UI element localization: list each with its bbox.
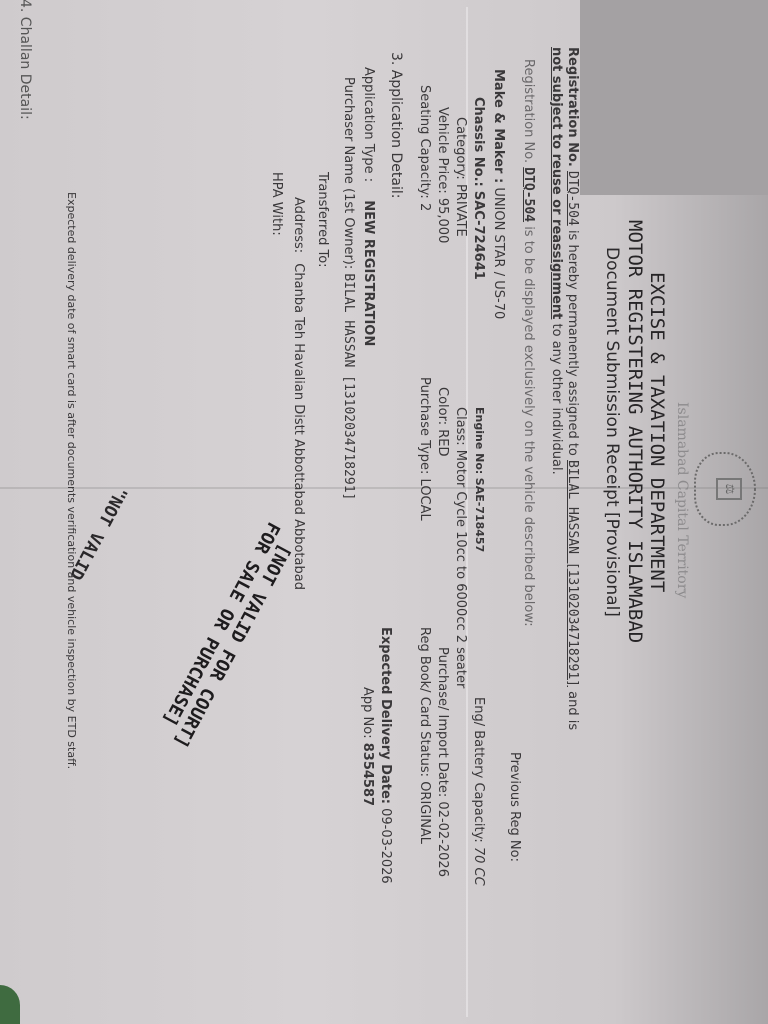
authority-title: MOTOR REGISTERING AUTHORITY ISLAMABAD bbox=[624, 220, 646, 643]
government-emblem-icon: ⚖ bbox=[694, 452, 756, 526]
not-valid-stamp: [NOT VALID FOR COURT] FOR SALE OR PURCHA… bbox=[152, 531, 294, 751]
category-field: Category: PRIVATE bbox=[453, 117, 468, 237]
application-section-title: 3. Application Detail: bbox=[388, 52, 404, 198]
registration-number: DTQ-504 bbox=[565, 171, 580, 226]
territory-label: Islamabad Capital Territory bbox=[674, 402, 690, 598]
display-notice: Registration No. DTQ-504 is to be displa… bbox=[521, 59, 536, 627]
make-field: Make & Maker : UNION STAR / US-70 bbox=[491, 69, 506, 319]
transferred-to-field: Transferred To: bbox=[315, 172, 330, 268]
purchaser-field: Purchaser Name (1st Owner): BILAL HASSAN… bbox=[341, 77, 356, 500]
previous-reg-field: Previous Reg No: bbox=[507, 752, 522, 862]
chassis-field: Chassis No.: SAC-724641 bbox=[471, 97, 486, 280]
receipt-document: ⚖ Islamabad Capital Territory EXCISE & T… bbox=[0, 7, 768, 1017]
reg-book-field: Reg Book/ Card Status: ORIGINAL bbox=[417, 627, 432, 844]
footer-note: Expected delivery date of smart card is … bbox=[65, 192, 78, 769]
app-no-field: App No: 8354587 bbox=[360, 687, 375, 806]
price-field: Vehicle Price: 95,000 bbox=[435, 107, 450, 243]
class-field: Class: Motor Cycle 10cc to 6000cc 2 seat… bbox=[453, 407, 468, 688]
seating-field: Seating Capacity: 2 bbox=[417, 85, 432, 211]
capacity-field: Eng/ Battery Capacity: 70 CC bbox=[471, 697, 486, 886]
receipt-title: Document Submission Receipt [Provisional… bbox=[602, 247, 622, 617]
color-field: Color: RED bbox=[435, 387, 450, 457]
assignment-statement: Registration No. DTQ-504 is hereby perma… bbox=[565, 47, 580, 730]
application-type-field: Application Type : NEW REGISTRATION bbox=[361, 67, 376, 346]
expected-delivery-field: Expected Delivery Date: 09-03-2026 bbox=[378, 627, 393, 884]
purchase-type-field: Purchase Type: LOCAL bbox=[417, 377, 432, 521]
assignment-statement-line2: not subject to reuse or reassignment to … bbox=[549, 47, 564, 475]
department-title: EXCISE & TAXATION DEPARTMENT bbox=[646, 272, 668, 592]
challan-section-title: 4. Challan Detail: bbox=[17, 0, 33, 120]
engine-field: Engine No: SAE-718457 bbox=[473, 407, 486, 552]
hpa-field: HPA With: bbox=[269, 172, 284, 236]
purchase-date-field: Purchase/ Import Date: 02-02-2026 bbox=[435, 647, 450, 877]
address-field: Address: Chanba Teh Havalian Distt Abbot… bbox=[291, 197, 306, 590]
owner-name: BILAL HASSAN [13102034718291] bbox=[565, 460, 580, 687]
